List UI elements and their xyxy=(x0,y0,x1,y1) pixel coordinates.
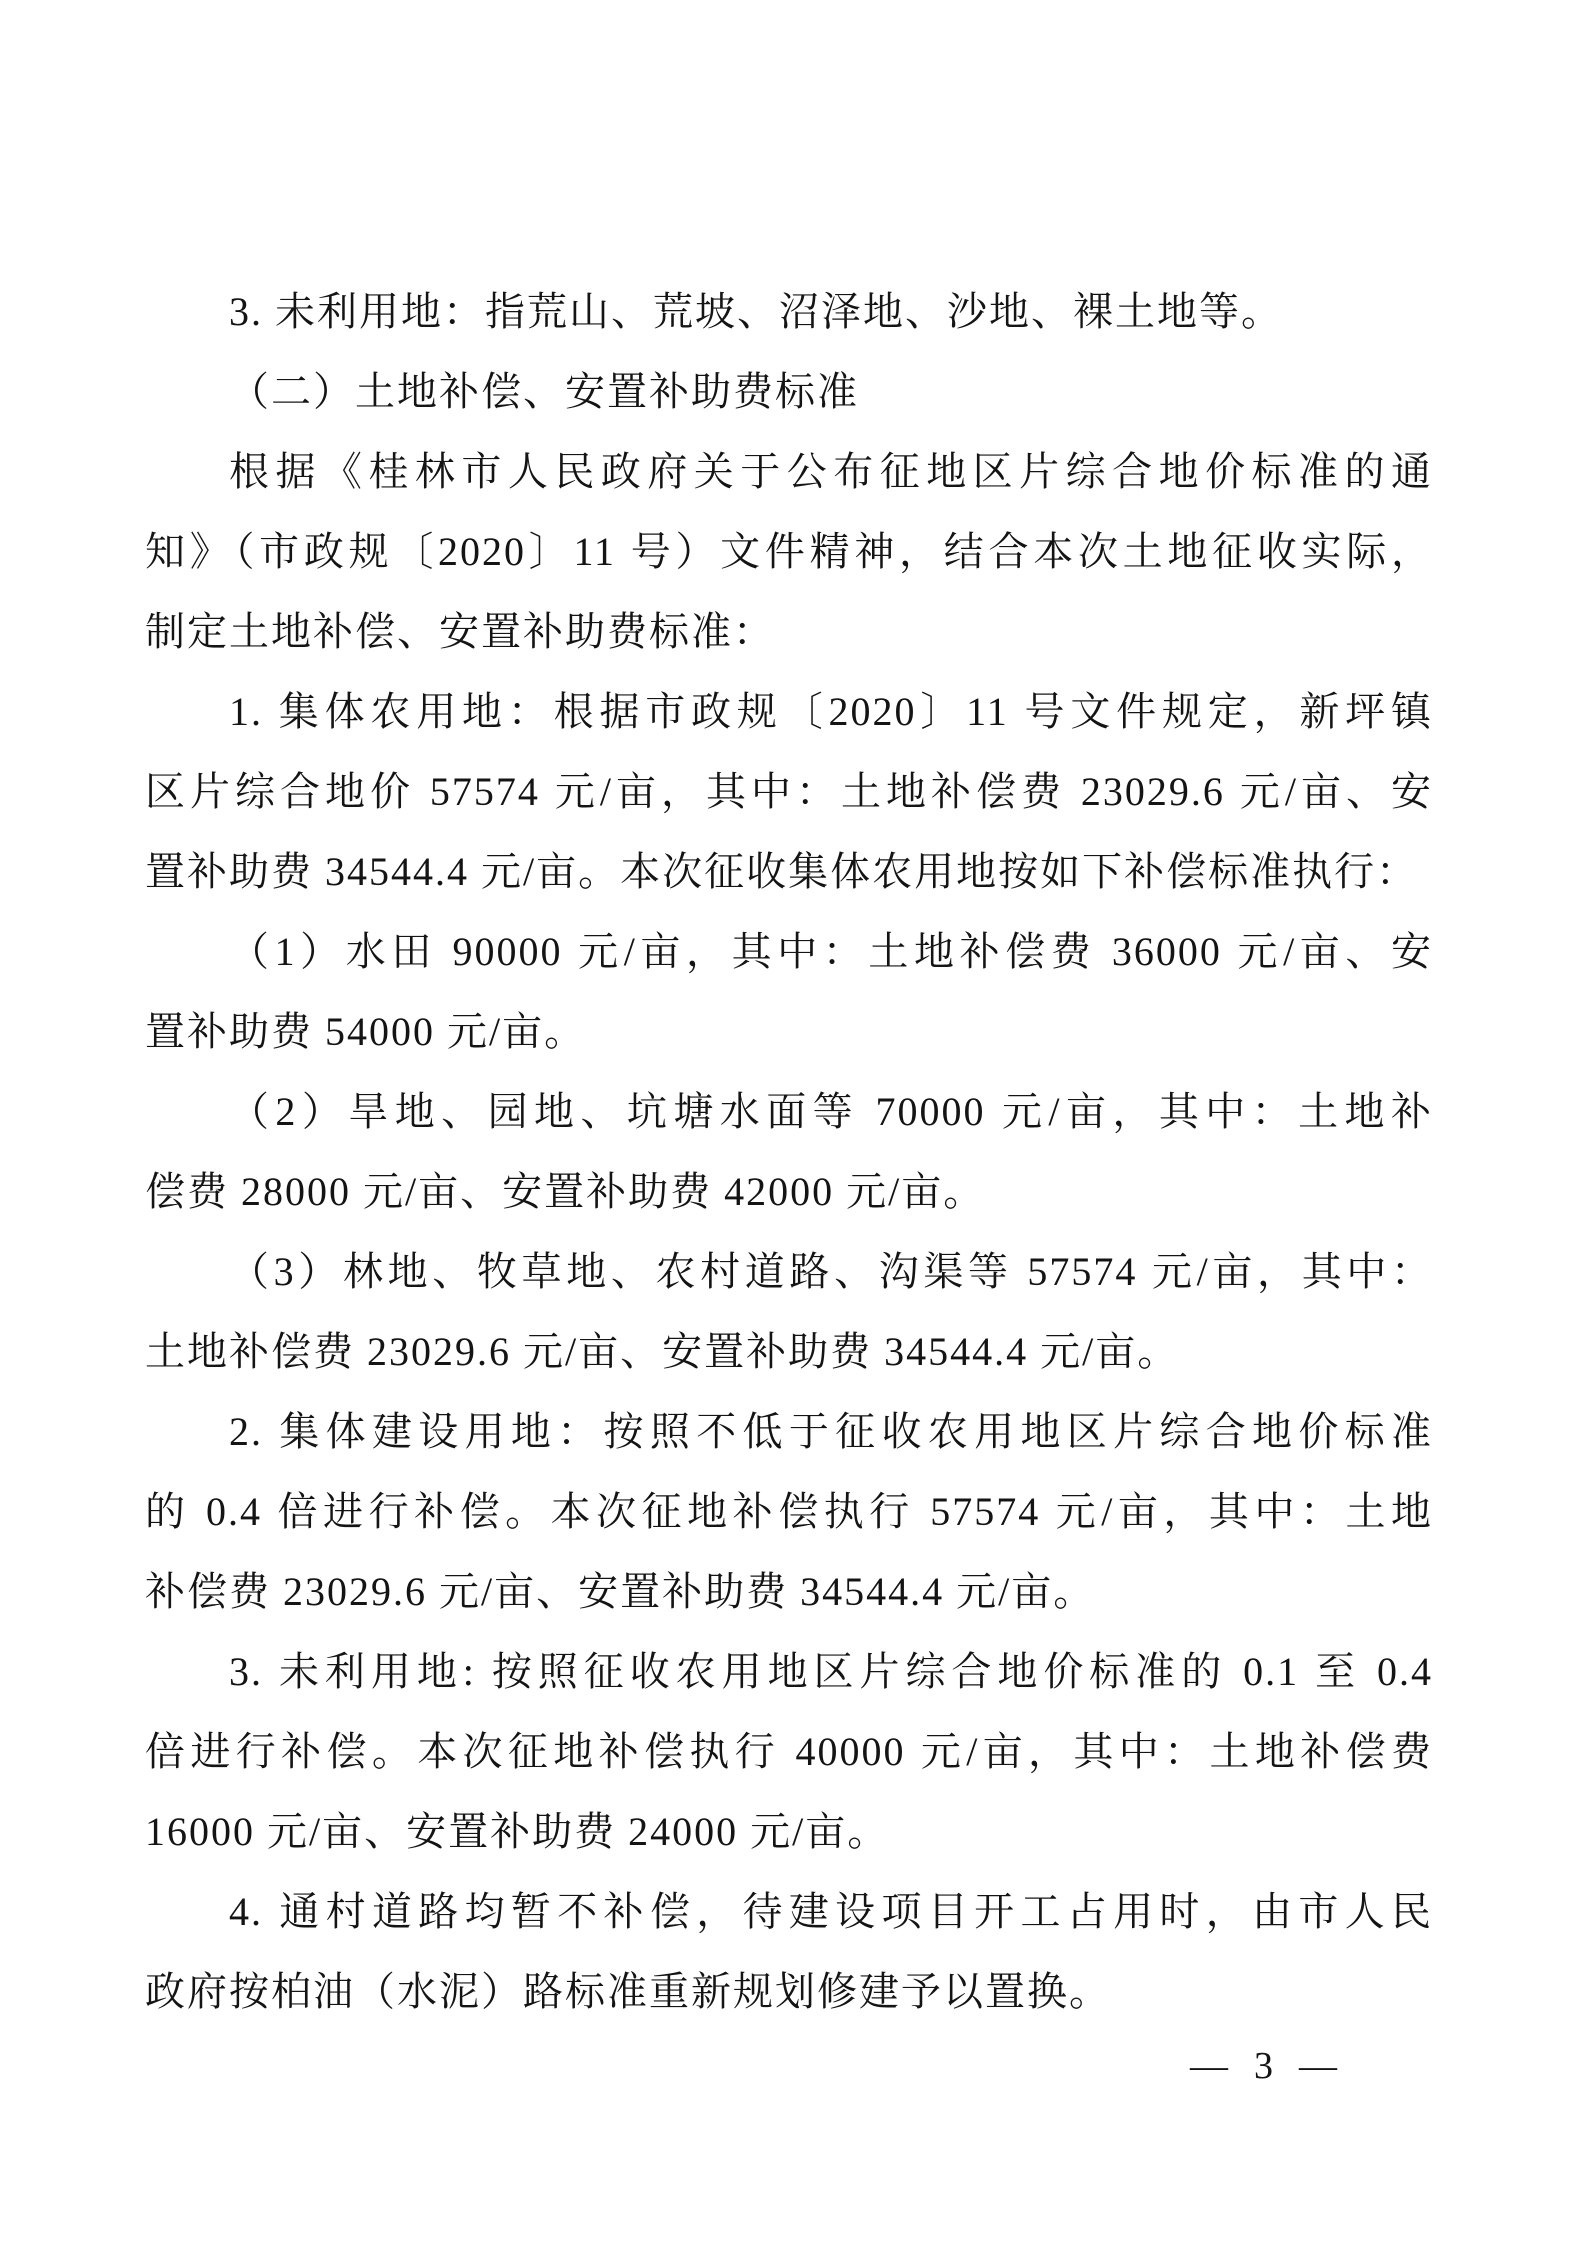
page-number-value: 3 xyxy=(1254,2045,1273,2087)
text-line: 1. 集体农用地：根据市政规〔2020〕11 号文件规定，新坪镇 xyxy=(145,672,1433,752)
text-line: 根据《桂林市人民政府关于公布征地区片综合地价标准的通 xyxy=(145,432,1433,512)
text-line: （1）水田 90000 元/亩，其中：土地补偿费 36000 元/亩、安 xyxy=(145,912,1433,992)
text-line: （3）林地、牧草地、农村道路、沟渠等 57574 元/亩，其中： xyxy=(145,1232,1433,1312)
text-line: 16000 元/亩、安置补助费 24000 元/亩。 xyxy=(145,1792,1433,1872)
paragraph-dry-land: （2）旱地、园地、坑塘水面等 70000 元/亩，其中：土地补 偿费 28000… xyxy=(145,1072,1433,1232)
page-number: —3— xyxy=(1190,2038,1337,2094)
text-line: （二）土地补偿、安置补助费标准 xyxy=(145,352,1433,432)
document-body: 3. 未利用地：指荒山、荒坡、沼泽地、沙地、裸土地等。 （二）土地补偿、安置补助… xyxy=(145,272,1433,2032)
page-number-dash-left: — xyxy=(1190,2045,1228,2087)
text-line: 区片综合地价 57574 元/亩，其中：土地补偿费 23029.6 元/亩、安 xyxy=(145,752,1433,832)
paragraph-forest-land: （3）林地、牧草地、农村道路、沟渠等 57574 元/亩，其中： 土地补偿费 2… xyxy=(145,1232,1433,1392)
paragraph-village-roads: 4. 通村道路均暂不补偿，待建设项目开工占用时，由市人民 政府按柏油（水泥）路标… xyxy=(145,1872,1433,2032)
text-line: 知》（市政规〔2020〕11 号）文件精神，结合本次土地征收实际， xyxy=(145,512,1433,592)
text-line: 制定土地补偿、安置补助费标准： xyxy=(145,592,1433,672)
paragraph-paddy-field: （1）水田 90000 元/亩，其中：土地补偿费 36000 元/亩、安 置补助… xyxy=(145,912,1433,1072)
paragraph-unused-land-compensation: 3. 未利用地: 按照征收农用地区片综合地价标准的 0.1 至 0.4 倍进行补… xyxy=(145,1632,1433,1872)
page-number-dash-right: — xyxy=(1299,2045,1337,2087)
text-line: 3. 未利用地：指荒山、荒坡、沼泽地、沙地、裸土地等。 xyxy=(145,272,1433,352)
text-line: 土地补偿费 23029.6 元/亩、安置补助费 34544.4 元/亩。 xyxy=(145,1312,1433,1392)
text-line: 的 0.4 倍进行补偿。本次征地补偿执行 57574 元/亩，其中：土地 xyxy=(145,1472,1433,1552)
text-line: 倍进行补偿。本次征地补偿执行 40000 元/亩，其中：土地补偿费 xyxy=(145,1712,1433,1792)
paragraph-basis: 根据《桂林市人民政府关于公布征地区片综合地价标准的通 知》（市政规〔2020〕1… xyxy=(145,432,1433,672)
text-line: 偿费 28000 元/亩、安置补助费 42000 元/亩。 xyxy=(145,1152,1433,1232)
text-line: 政府按柏油（水泥）路标准重新规划修建予以置换。 xyxy=(145,1952,1433,2032)
text-line: 2. 集体建设用地：按照不低于征收农用地区片综合地价标准 xyxy=(145,1392,1433,1472)
text-line: 置补助费 54000 元/亩。 xyxy=(145,992,1433,1072)
paragraph-collective-construction-land: 2. 集体建设用地：按照不低于征收农用地区片综合地价标准 的 0.4 倍进行补偿… xyxy=(145,1392,1433,1632)
text-line: （2）旱地、园地、坑塘水面等 70000 元/亩，其中：土地补 xyxy=(145,1072,1433,1152)
text-line: 3. 未利用地: 按照征收农用地区片综合地价标准的 0.1 至 0.4 xyxy=(145,1632,1433,1712)
text-line: 4. 通村道路均暂不补偿，待建设项目开工占用时，由市人民 xyxy=(145,1872,1433,1952)
document-page: { "doc": { "paragraphs": [ { "lines": ["… xyxy=(0,0,1587,2245)
paragraph-section-heading: （二）土地补偿、安置补助费标准 xyxy=(145,352,1433,432)
text-line: 补偿费 23029.6 元/亩、安置补助费 34544.4 元/亩。 xyxy=(145,1552,1433,1632)
text-line: 置补助费 34544.4 元/亩。本次征收集体农用地按如下补偿标准执行： xyxy=(145,832,1433,912)
paragraph-collective-farmland: 1. 集体农用地：根据市政规〔2020〕11 号文件规定，新坪镇 区片综合地价 … xyxy=(145,672,1433,912)
paragraph-unused-land-definition: 3. 未利用地：指荒山、荒坡、沼泽地、沙地、裸土地等。 xyxy=(145,272,1433,352)
